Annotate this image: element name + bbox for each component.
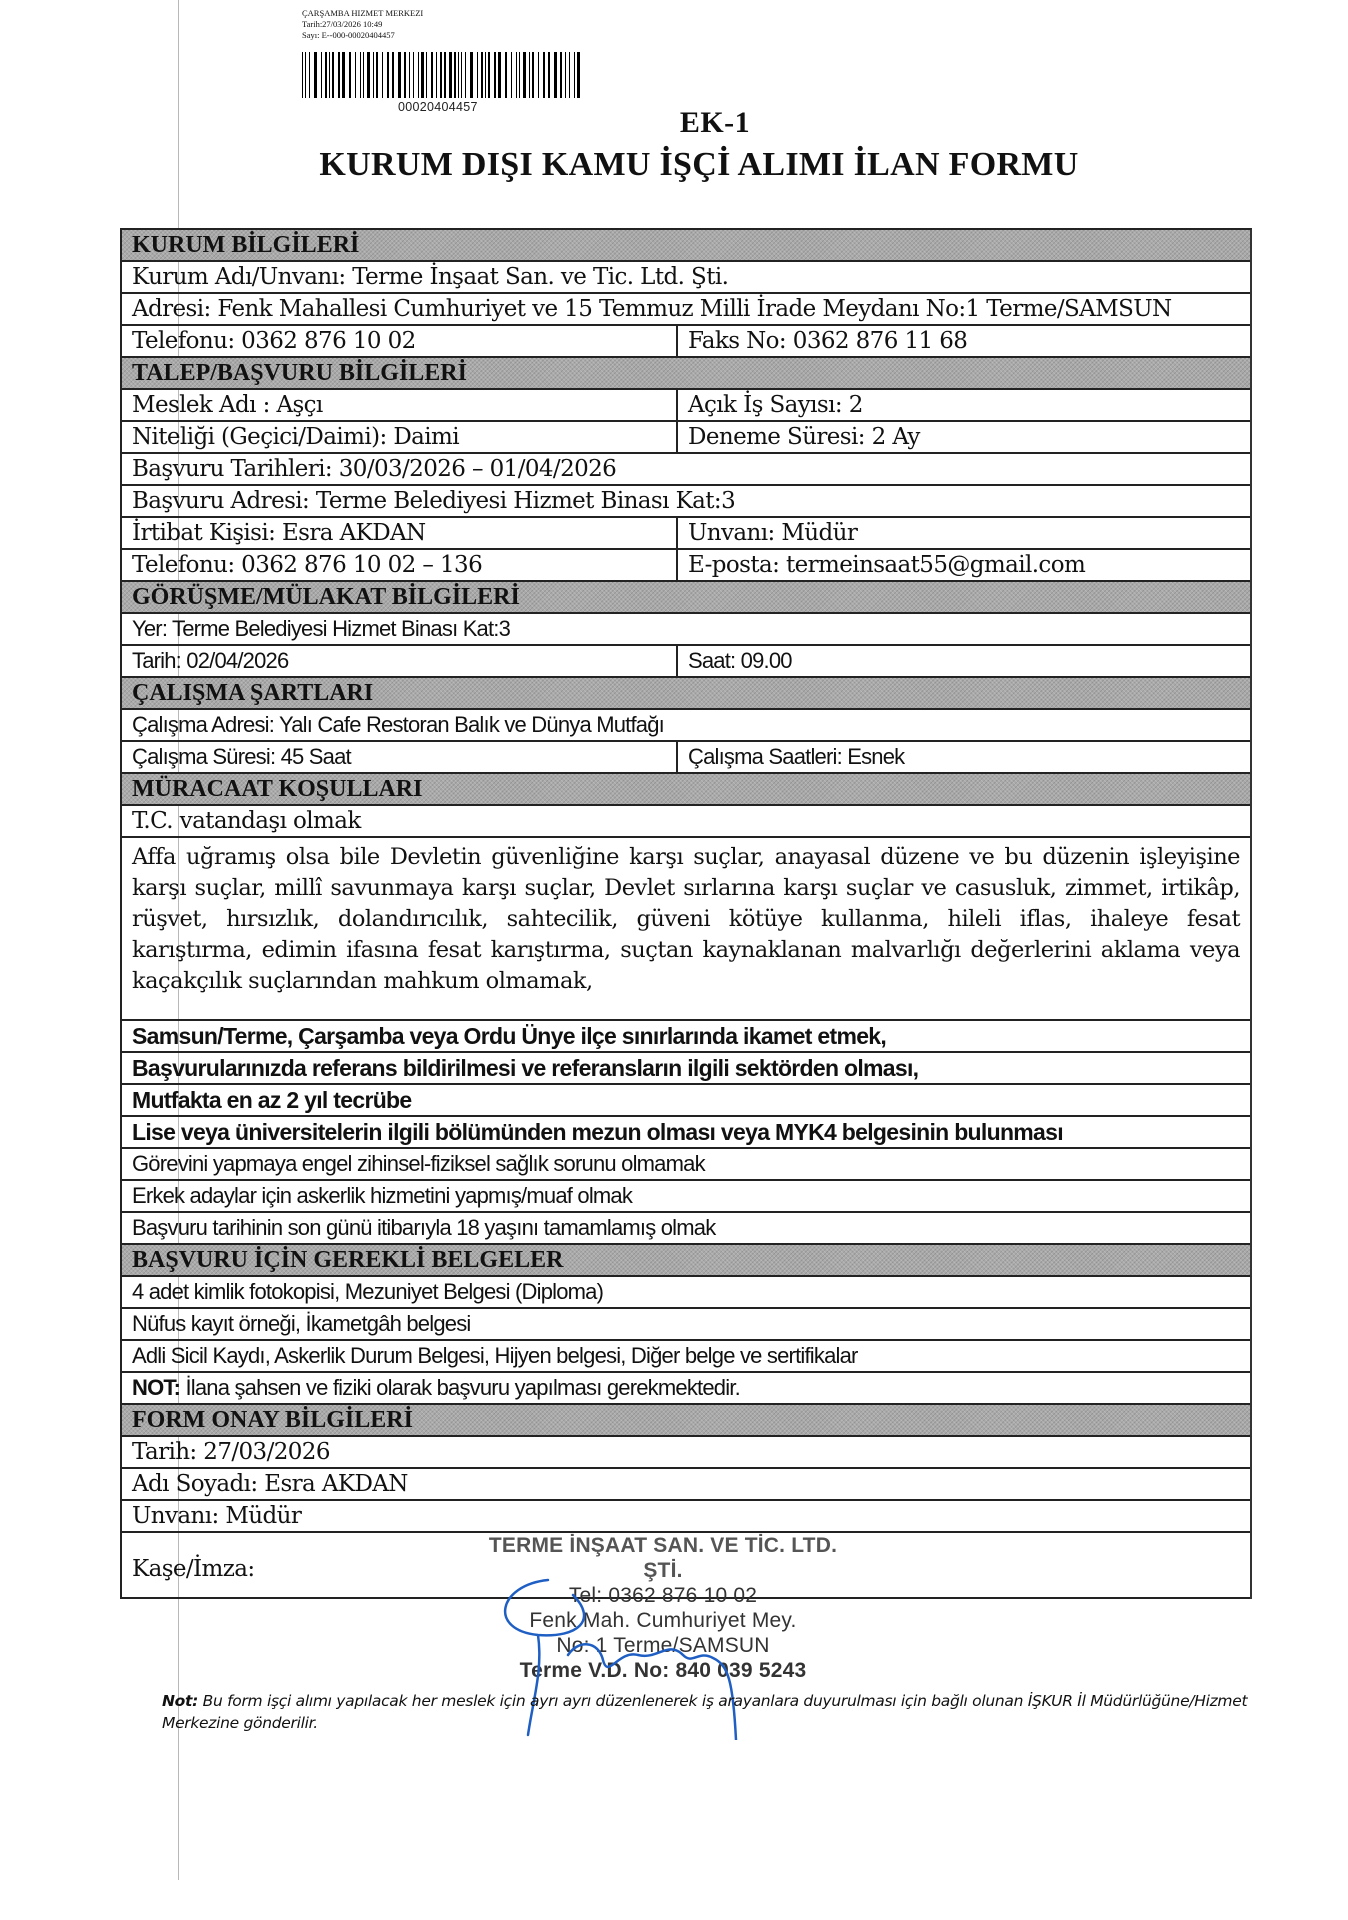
section-heading: ÇALIŞMA ŞARTLARI (122, 678, 1250, 708)
irtibat-unvan-field: Unvanı: Müdür (678, 518, 1250, 548)
special-condition: Samsun/Terme, Çarşamba veya Ordu Ünye il… (122, 1021, 1250, 1051)
field-row: T.C. vatandaşı olmak (122, 806, 1250, 838)
section-heading: BAŞVURU İÇİN GEREKLİ BELGELER (122, 1245, 1250, 1275)
field-row: Lise veya üniversitelerin ilgili bölümün… (122, 1117, 1250, 1149)
special-condition: Mutfakta en az 2 yıl tecrübe (122, 1085, 1250, 1115)
section-heading: MÜRACAAT KOŞULLARI (122, 774, 1250, 804)
field-row: Başvuru Tarihleri: 30/03/2026 – 01/04/20… (122, 454, 1250, 486)
field-row: Görevini yapmaya engel zihinsel-fiziksel… (122, 1149, 1250, 1181)
barcode-icon (302, 52, 582, 98)
field-row: Çalışma Adresi: Yalı Cafe Restoran Balık… (122, 710, 1250, 742)
section-gorusme-header: GÖRÜŞME/MÜLAKAT BİLGİLERİ (122, 582, 1250, 614)
calisma-saatleri-field: Çalışma Saatleri: Esnek (678, 742, 1250, 772)
field-row: Başvuru Adresi: Terme Belediyesi Hizmet … (122, 486, 1250, 518)
kurum-faks-field: Faks No: 0362 876 11 68 (678, 326, 1250, 356)
vatandaslik-condition: T.C. vatandaşı olmak (122, 806, 1250, 836)
kurum-telefon-field: Telefonu: 0362 876 10 02 (122, 326, 678, 356)
field-row: Adı Soyadı: Esra AKDAN (122, 1469, 1250, 1501)
deneme-suresi-field: Deneme Süresi: 2 Ay (678, 422, 1250, 452)
seal-line: Tel: 0362 876 10 02 (478, 1583, 848, 1608)
company-seal: TERME İNŞAAT SAN. VE TİC. LTD. ŞTİ. Tel:… (478, 1533, 848, 1683)
field-row: Başvuru tarihinin son günü itibarıyla 18… (122, 1213, 1250, 1245)
document-code: EK-1 (0, 106, 1348, 140)
kurum-adi-field: Kurum Adı/Unvanı: Terme İnşaat San. ve T… (122, 262, 1250, 292)
receipt-office: ÇARŞAMBA HIZMET MERKEZI (302, 8, 423, 19)
field-row: Telefonu: 0362 876 10 02 – 136 E-posta: … (122, 550, 1250, 582)
field-row: Tarih: 27/03/2026 (122, 1437, 1250, 1469)
receipt-date: Tarih:27/03/2026 10:49 (302, 19, 423, 30)
footnote-label: Not: (162, 1692, 198, 1710)
seal-line: Terme V.D. No: 840 039 5243 (478, 1658, 848, 1683)
seal-line: Fenk Mah. Cumhuriyet Mey. (478, 1608, 848, 1633)
special-condition: Başvurularınızda referans bildirilmesi v… (122, 1053, 1250, 1083)
field-row: Affa uğramış olsa bile Devletin güvenliğ… (122, 838, 1250, 1021)
section-onay-header: FORM ONAY BİLGİLERİ (122, 1405, 1250, 1437)
field-row: Meslek Adı : Aşçı Açık İş Sayısı: 2 (122, 390, 1250, 422)
onay-adi-soyadi-field: Adı Soyadı: Esra AKDAN (122, 1469, 676, 1499)
document-title: KURUM DIŞI KAMU İŞÇİ ALIMI İLAN FORMU (0, 146, 1348, 184)
nitelik-field: Niteliği (Geçici/Daimi): Daimi (122, 422, 678, 452)
field-row: Adresi: Fenk Mahallesi Cumhuriyet ve 15 … (122, 294, 1250, 326)
section-heading: GÖRÜŞME/MÜLAKAT BİLGİLERİ (122, 582, 1250, 612)
gorusme-tarih-field: Tarih: 02/04/2026 (122, 646, 678, 676)
section-calisma-header: ÇALIŞMA ŞARTLARI (122, 678, 1250, 710)
field-row: Niteliği (Geçici/Daimi): Daimi Deneme Sü… (122, 422, 1250, 454)
calisma-suresi-field: Çalışma Süresi: 45 Saat (122, 742, 678, 772)
onay-unvan-field: Unvanı: Müdür (122, 1501, 676, 1531)
field-row: Başvurularınızda referans bildirilmesi v… (122, 1053, 1250, 1085)
section-talep-header: TALEP/BAŞVURU BİLGİLERİ (122, 358, 1250, 390)
field-row: NOT: İlana şahsen ve fiziki olarak başvu… (122, 1373, 1250, 1405)
general-condition: Görevini yapmaya engel zihinsel-fiziksel… (122, 1149, 1250, 1179)
criminal-record-condition: Affa uğramış olsa bile Devletin güvenliğ… (122, 838, 1250, 1019)
section-belgeler-header: BAŞVURU İÇİN GEREKLİ BELGELER (122, 1245, 1250, 1277)
required-document: 4 adet kimlik fotokopisi, Mezuniyet Belg… (122, 1277, 1250, 1307)
announcement-form-table: KURUM BİLGİLERİ Kurum Adı/Unvanı: Terme … (120, 228, 1252, 1599)
general-condition: Erkek adaylar için askerlik hizmetini ya… (122, 1181, 1250, 1211)
seal-line: No: 1 Terme/SAMSUN (478, 1633, 848, 1658)
footnote-text: Bu form işçi alımı yapılacak her meslek … (162, 1692, 1247, 1732)
section-kurum-header: KURUM BİLGİLERİ (122, 230, 1250, 262)
kurum-adres-field: Adresi: Fenk Mahallesi Cumhuriyet ve 15 … (122, 294, 1250, 324)
field-row: Kurum Adı/Unvanı: Terme İnşaat San. ve T… (122, 262, 1250, 294)
special-condition: Lise veya üniversitelerin ilgili bölümün… (122, 1117, 1250, 1147)
meslek-field: Meslek Adı : Aşçı (122, 390, 678, 420)
note-text: İlana şahsen ve fiziki olarak başvuru ya… (180, 1375, 740, 1400)
calisma-adresi-field: Çalışma Adresi: Yalı Cafe Restoran Balık… (122, 710, 1250, 740)
field-row: Unvanı: Müdür (122, 1501, 1250, 1533)
field-row: Telefonu: 0362 876 10 02 Faks No: 0362 8… (122, 326, 1250, 358)
receipt-number: Sayı: E--000-00020404457 (302, 30, 423, 41)
gorusme-saat-field: Saat: 09.00 (678, 646, 1250, 676)
basvuru-adresi-field: Başvuru Adresi: Terme Belediyesi Hizmet … (122, 486, 1250, 516)
onay-tarih-field: Tarih: 27/03/2026 (122, 1437, 676, 1467)
general-condition: Başvuru tarihinin son günü itibarıyla 18… (122, 1213, 1250, 1243)
note-label: NOT: (132, 1375, 180, 1400)
field-row: Tarih: 02/04/2026 Saat: 09.00 (122, 646, 1250, 678)
field-row: Mutfakta en az 2 yıl tecrübe (122, 1085, 1250, 1117)
scan-receipt-header: ÇARŞAMBA HIZMET MERKEZI Tarih:27/03/2026… (302, 8, 423, 41)
gorusme-yer-field: Yer: Terme Belediyesi Hizmet Binası Kat:… (122, 614, 1250, 644)
required-document: Nüfus kayıt örneği, İkametgâh belgesi (122, 1309, 1250, 1339)
required-document: Adli Sicil Kaydı, Askerlik Durum Belgesi… (122, 1341, 1250, 1371)
application-note: NOT: İlana şahsen ve fiziki olarak başvu… (122, 1373, 1250, 1403)
section-heading: FORM ONAY BİLGİLERİ (122, 1405, 1250, 1435)
field-row: 4 adet kimlik fotokopisi, Mezuniyet Belg… (122, 1277, 1250, 1309)
section-heading: TALEP/BAŞVURU BİLGİLERİ (122, 358, 1250, 388)
field-row: İrtibat Kişisi: Esra AKDAN Unvanı: Müdür (122, 518, 1250, 550)
eposta-field: E-posta: termeinsaat55@gmail.com (678, 550, 1250, 580)
irtibat-kisisi-field: İrtibat Kişisi: Esra AKDAN (122, 518, 678, 548)
form-footnote: Not: Bu form işçi alımı yapılacak her me… (162, 1690, 1252, 1734)
field-row: Samsun/Terme, Çarşamba veya Ordu Ünye il… (122, 1021, 1250, 1053)
field-row: Çalışma Süresi: 45 Saat Çalışma Saatleri… (122, 742, 1250, 774)
field-row: Erkek adaylar için askerlik hizmetini ya… (122, 1181, 1250, 1213)
irtibat-telefon-field: Telefonu: 0362 876 10 02 – 136 (122, 550, 678, 580)
seal-line: TERME İNŞAAT SAN. VE TİC. LTD. ŞTİ. (478, 1533, 848, 1583)
field-row: Adli Sicil Kaydı, Askerlik Durum Belgesi… (122, 1341, 1250, 1373)
acik-is-field: Açık İş Sayısı: 2 (678, 390, 1250, 420)
field-row: Nüfus kayıt örneği, İkametgâh belgesi (122, 1309, 1250, 1341)
basvuru-tarihleri-field: Başvuru Tarihleri: 30/03/2026 – 01/04/20… (122, 454, 1250, 484)
section-heading: KURUM BİLGİLERİ (122, 230, 1250, 260)
section-muracaat-header: MÜRACAAT KOŞULLARI (122, 774, 1250, 806)
field-row: Yer: Terme Belediyesi Hizmet Binası Kat:… (122, 614, 1250, 646)
